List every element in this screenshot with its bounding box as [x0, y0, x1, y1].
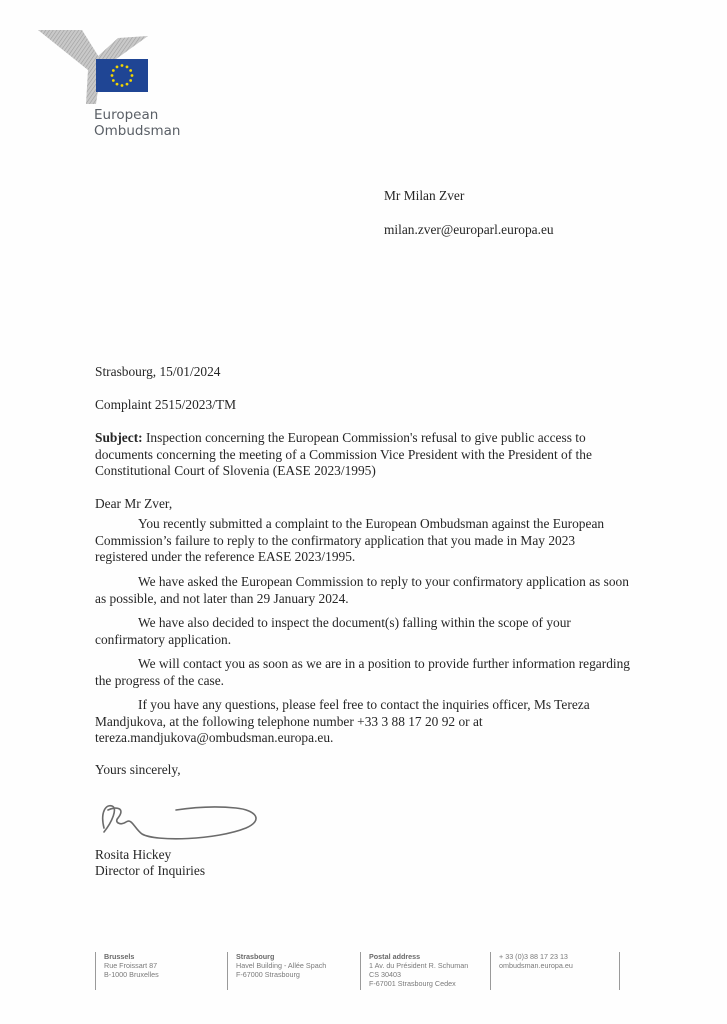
footer-title: Strasbourg	[236, 952, 274, 961]
letter-page: European Ombudsman Mr Milan Zver milan.z…	[0, 0, 727, 1024]
european-ombudsman-logo: European Ombudsman	[36, 28, 186, 143]
footer-contact: + 33 (0)3 88 17 23 13 ombudsman.europa.e…	[490, 952, 573, 990]
footer-strasbourg: Strasbourg Havel Building - Allée Spach …	[227, 952, 326, 990]
footer-phone: + 33 (0)3 88 17 23 13	[499, 952, 573, 961]
eu-flag-icon	[96, 59, 148, 92]
body-paragraph: We will contact you as soon as we are in…	[95, 656, 630, 689]
subject-label: Subject:	[95, 430, 143, 445]
footer-title: Postal address	[369, 952, 420, 961]
signatory: Rosita Hickey Director of Inquiries	[95, 847, 205, 879]
handwritten-signature	[96, 798, 261, 846]
signer-title: Director of Inquiries	[95, 863, 205, 879]
logo-line-1: European	[94, 107, 180, 123]
closing: Yours sincerely,	[95, 762, 630, 779]
greeting: Dear Mr Zver,	[95, 496, 630, 513]
logo-wordmark: European Ombudsman	[94, 107, 180, 139]
body-paragraph: We have also decided to inspect the docu…	[95, 615, 630, 648]
logo-line-2: Ombudsman	[94, 123, 180, 139]
body-paragraph: We have asked the European Commission to…	[95, 574, 630, 607]
footer-line: Havel Building - Allée Spach	[236, 961, 326, 970]
footer-line: 1 Av. du Président R. Schuman	[369, 961, 468, 970]
footer-brussels: Brussels Rue Froissart 87 B-1000 Bruxell…	[95, 952, 159, 990]
recipient-email: milan.zver@europarl.europa.eu	[384, 222, 554, 238]
footer-line: Rue Froissart 87	[104, 961, 159, 970]
subject-line: Subject: Inspection concerning the Europ…	[95, 430, 630, 480]
recipient-name: Mr Milan Zver	[384, 188, 464, 204]
footer-line: F-67000 Strasbourg	[236, 970, 326, 979]
footer-divider	[619, 952, 620, 990]
footer-line: B-1000 Bruxelles	[104, 970, 159, 979]
signer-name: Rosita Hickey	[95, 847, 205, 863]
footer-line: F-67001 Strasbourg Cedex	[369, 979, 468, 988]
date-line: Strasbourg, 15/01/2024	[95, 364, 630, 381]
footer-website: ombudsman.europa.eu	[499, 961, 573, 970]
body-paragraph: You recently submitted a complaint to th…	[95, 516, 630, 566]
footer-line: CS 30403	[369, 970, 468, 979]
body-paragraph: If you have any questions, please feel f…	[95, 697, 630, 747]
footer-title: Brussels	[104, 952, 134, 961]
footer-postal-address: Postal address 1 Av. du Président R. Sch…	[360, 952, 468, 990]
subject-text: Inspection concerning the European Commi…	[95, 430, 592, 478]
letterhead-footer: Brussels Rue Froissart 87 B-1000 Bruxell…	[95, 952, 635, 992]
complaint-reference: Complaint 2515/2023/TM	[95, 397, 630, 414]
